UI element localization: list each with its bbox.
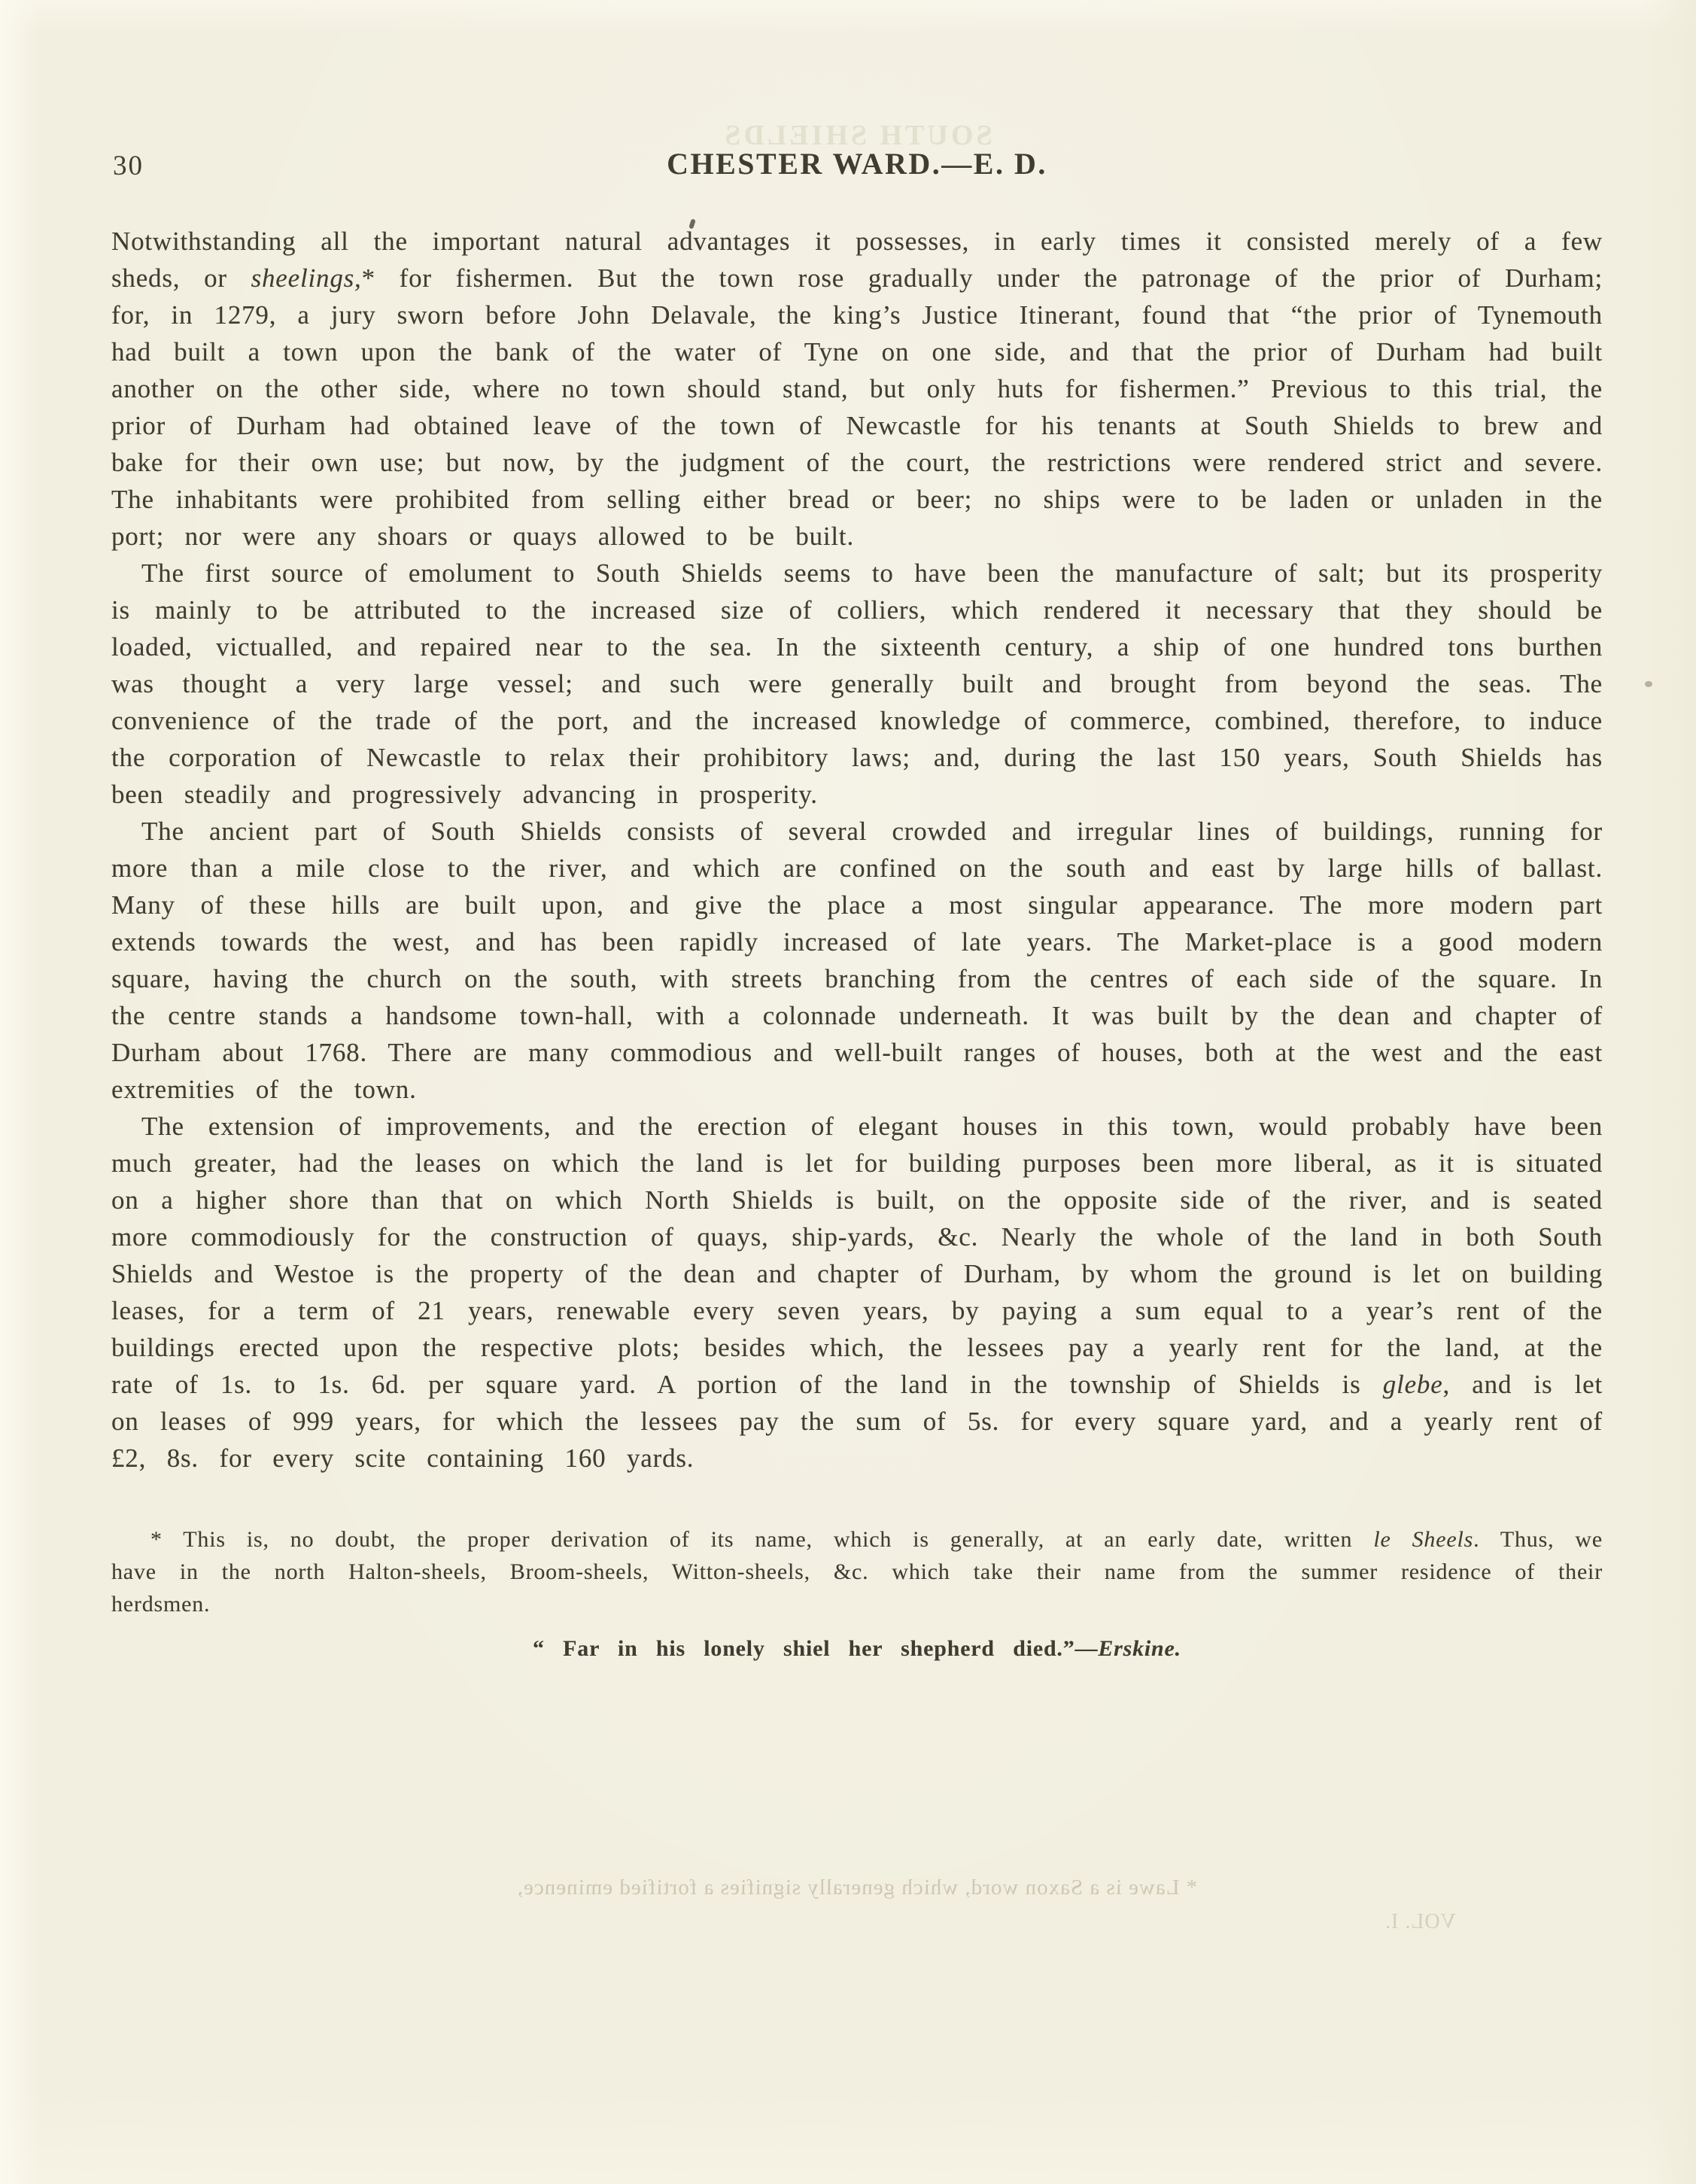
footnote: * This is, no doubt, the proper derivati… [111,1523,1603,1665]
bleed-through-volume-text: VOL. I. [1384,1910,1456,1934]
book-page: SOUTH SHIELDS 30 CHESTER WARD.—E. D. Not… [0,0,1696,2184]
page-header: 30 CHESTER WARD.—E. D. [111,146,1603,181]
running-head-title: CHESTER WARD.—E. D. [111,146,1603,181]
page-body: Notwithstanding all the important natura… [111,223,1603,1665]
paragraph-1: Notwithstanding all the important natura… [111,223,1603,555]
footnote-quote: “ Far in his lonely shiel her shepherd d… [111,1632,1603,1665]
ink-speck [1645,681,1652,687]
paragraph-2: The first source of emolument to South S… [111,555,1603,813]
paragraph-4: The extension of improvements, and the e… [111,1108,1603,1477]
paragraph-3: The ancient part of South Shields consis… [111,813,1603,1108]
footnote-text: * This is, no doubt, the proper derivati… [111,1523,1603,1620]
page-number: 30 [113,150,144,182]
bleed-through-bottom-text: * Lawe is a Saxon word, which generally … [111,1875,1603,1900]
